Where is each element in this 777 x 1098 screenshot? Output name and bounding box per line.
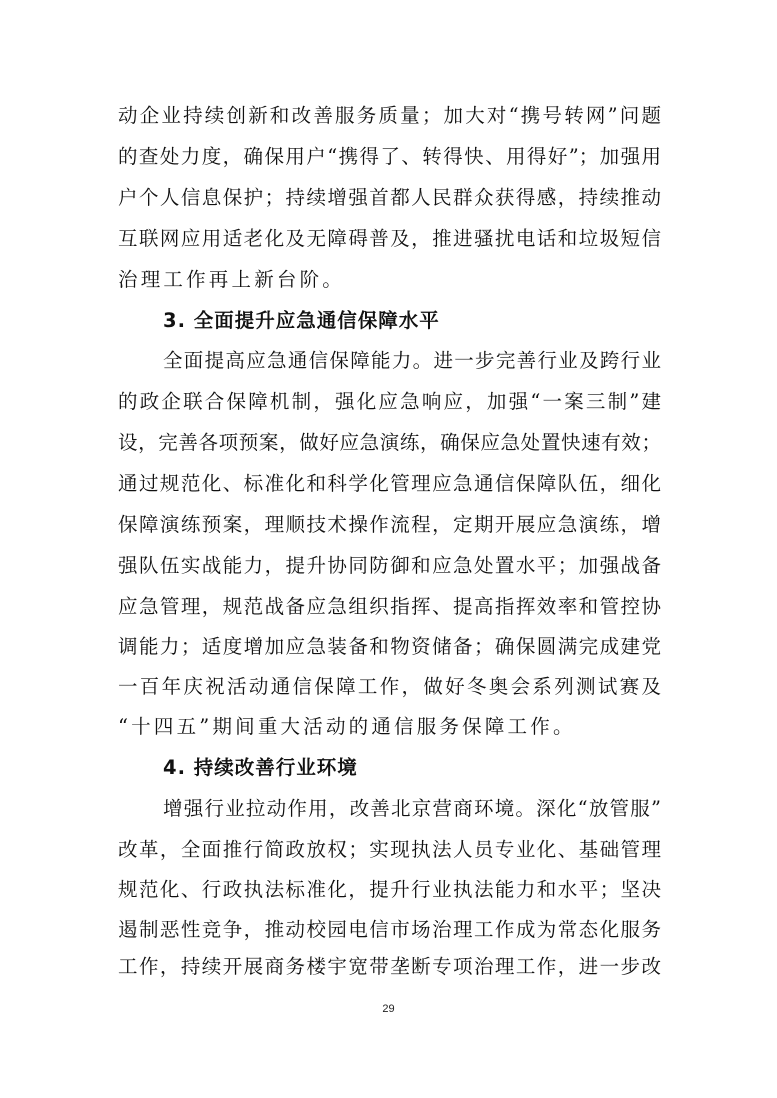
paragraph-line: 通过规范化、标准化和科学化管理应急通信保障队伍，细化 — [118, 469, 661, 499]
paragraph-line: 户个人信息保护；持续增强首都人民群众获得感，持续推动 — [118, 183, 661, 213]
paragraph-line: 强队伍实战能力，提升协同防御和应急处置水平；加强战备 — [118, 551, 661, 581]
paragraph-line: 工作，持续开展商务楼宇宽带垄断专项治理工作，进一步改 — [118, 952, 661, 982]
paragraph-line: 设，完善各项预案，做好应急演练，确保应急处置快速有效； — [118, 428, 661, 458]
paragraph-line: 互联网应用适老化及无障碍普及，推进骚扰电话和垃圾短信 — [118, 224, 661, 254]
paragraph-line: 增强行业拉动作用，改善北京营商环境。深化“放管服” — [163, 794, 661, 824]
paragraph-line: 的政企联合保障机制，强化应急响应，加强“一案三制”建 — [118, 387, 661, 417]
paragraph-line: 的查处力度，确保用户“携得了、转得快、用得好”；加强用 — [118, 142, 661, 172]
paragraph-line: 保障演练预案，理顺技术操作流程，定期开展应急演练，增 — [118, 510, 661, 540]
paragraph-line: 一百年庆祝活动通信保障工作，做好冬奥会系列测试赛及 — [118, 672, 661, 702]
paragraph-line: 调能力；适度增加应急装备和物资储备；确保圆满完成建党 — [118, 632, 661, 662]
paragraph-line: “十四五”期间重大活动的通信服务保障工作。 — [118, 712, 661, 742]
section-heading-4: 4. 持续改善行业环境 — [163, 753, 358, 783]
section-heading-3: 3. 全面提升应急通信保障水平 — [163, 306, 440, 336]
paragraph-line: 动企业持续创新和改善服务质量；加大对“携号转网”问题 — [118, 101, 661, 131]
paragraph-line: 治理工作再上新台阶。 — [118, 265, 661, 295]
paragraph-line: 改革，全面推行简政放权；实现执法人员专业化、基础管理 — [118, 835, 661, 865]
paragraph-line: 遏制恶性竞争，推动校园电信市场治理工作成为常态化服务 — [118, 915, 661, 945]
page-number: 29 — [0, 1003, 777, 1015]
paragraph-line: 全面提高应急通信保障能力。进一步完善行业及跨行业 — [163, 346, 661, 376]
document-page: 动企业持续创新和改善服务质量；加大对“携号转网”问题 的查处力度，确保用户“携得… — [0, 0, 777, 1098]
paragraph-line: 规范化、行政执法标准化，提升行业执法能力和水平；坚决 — [118, 875, 661, 905]
paragraph-line: 应急管理，规范战备应急组织指挥、提高指挥效率和管控协 — [118, 592, 661, 622]
